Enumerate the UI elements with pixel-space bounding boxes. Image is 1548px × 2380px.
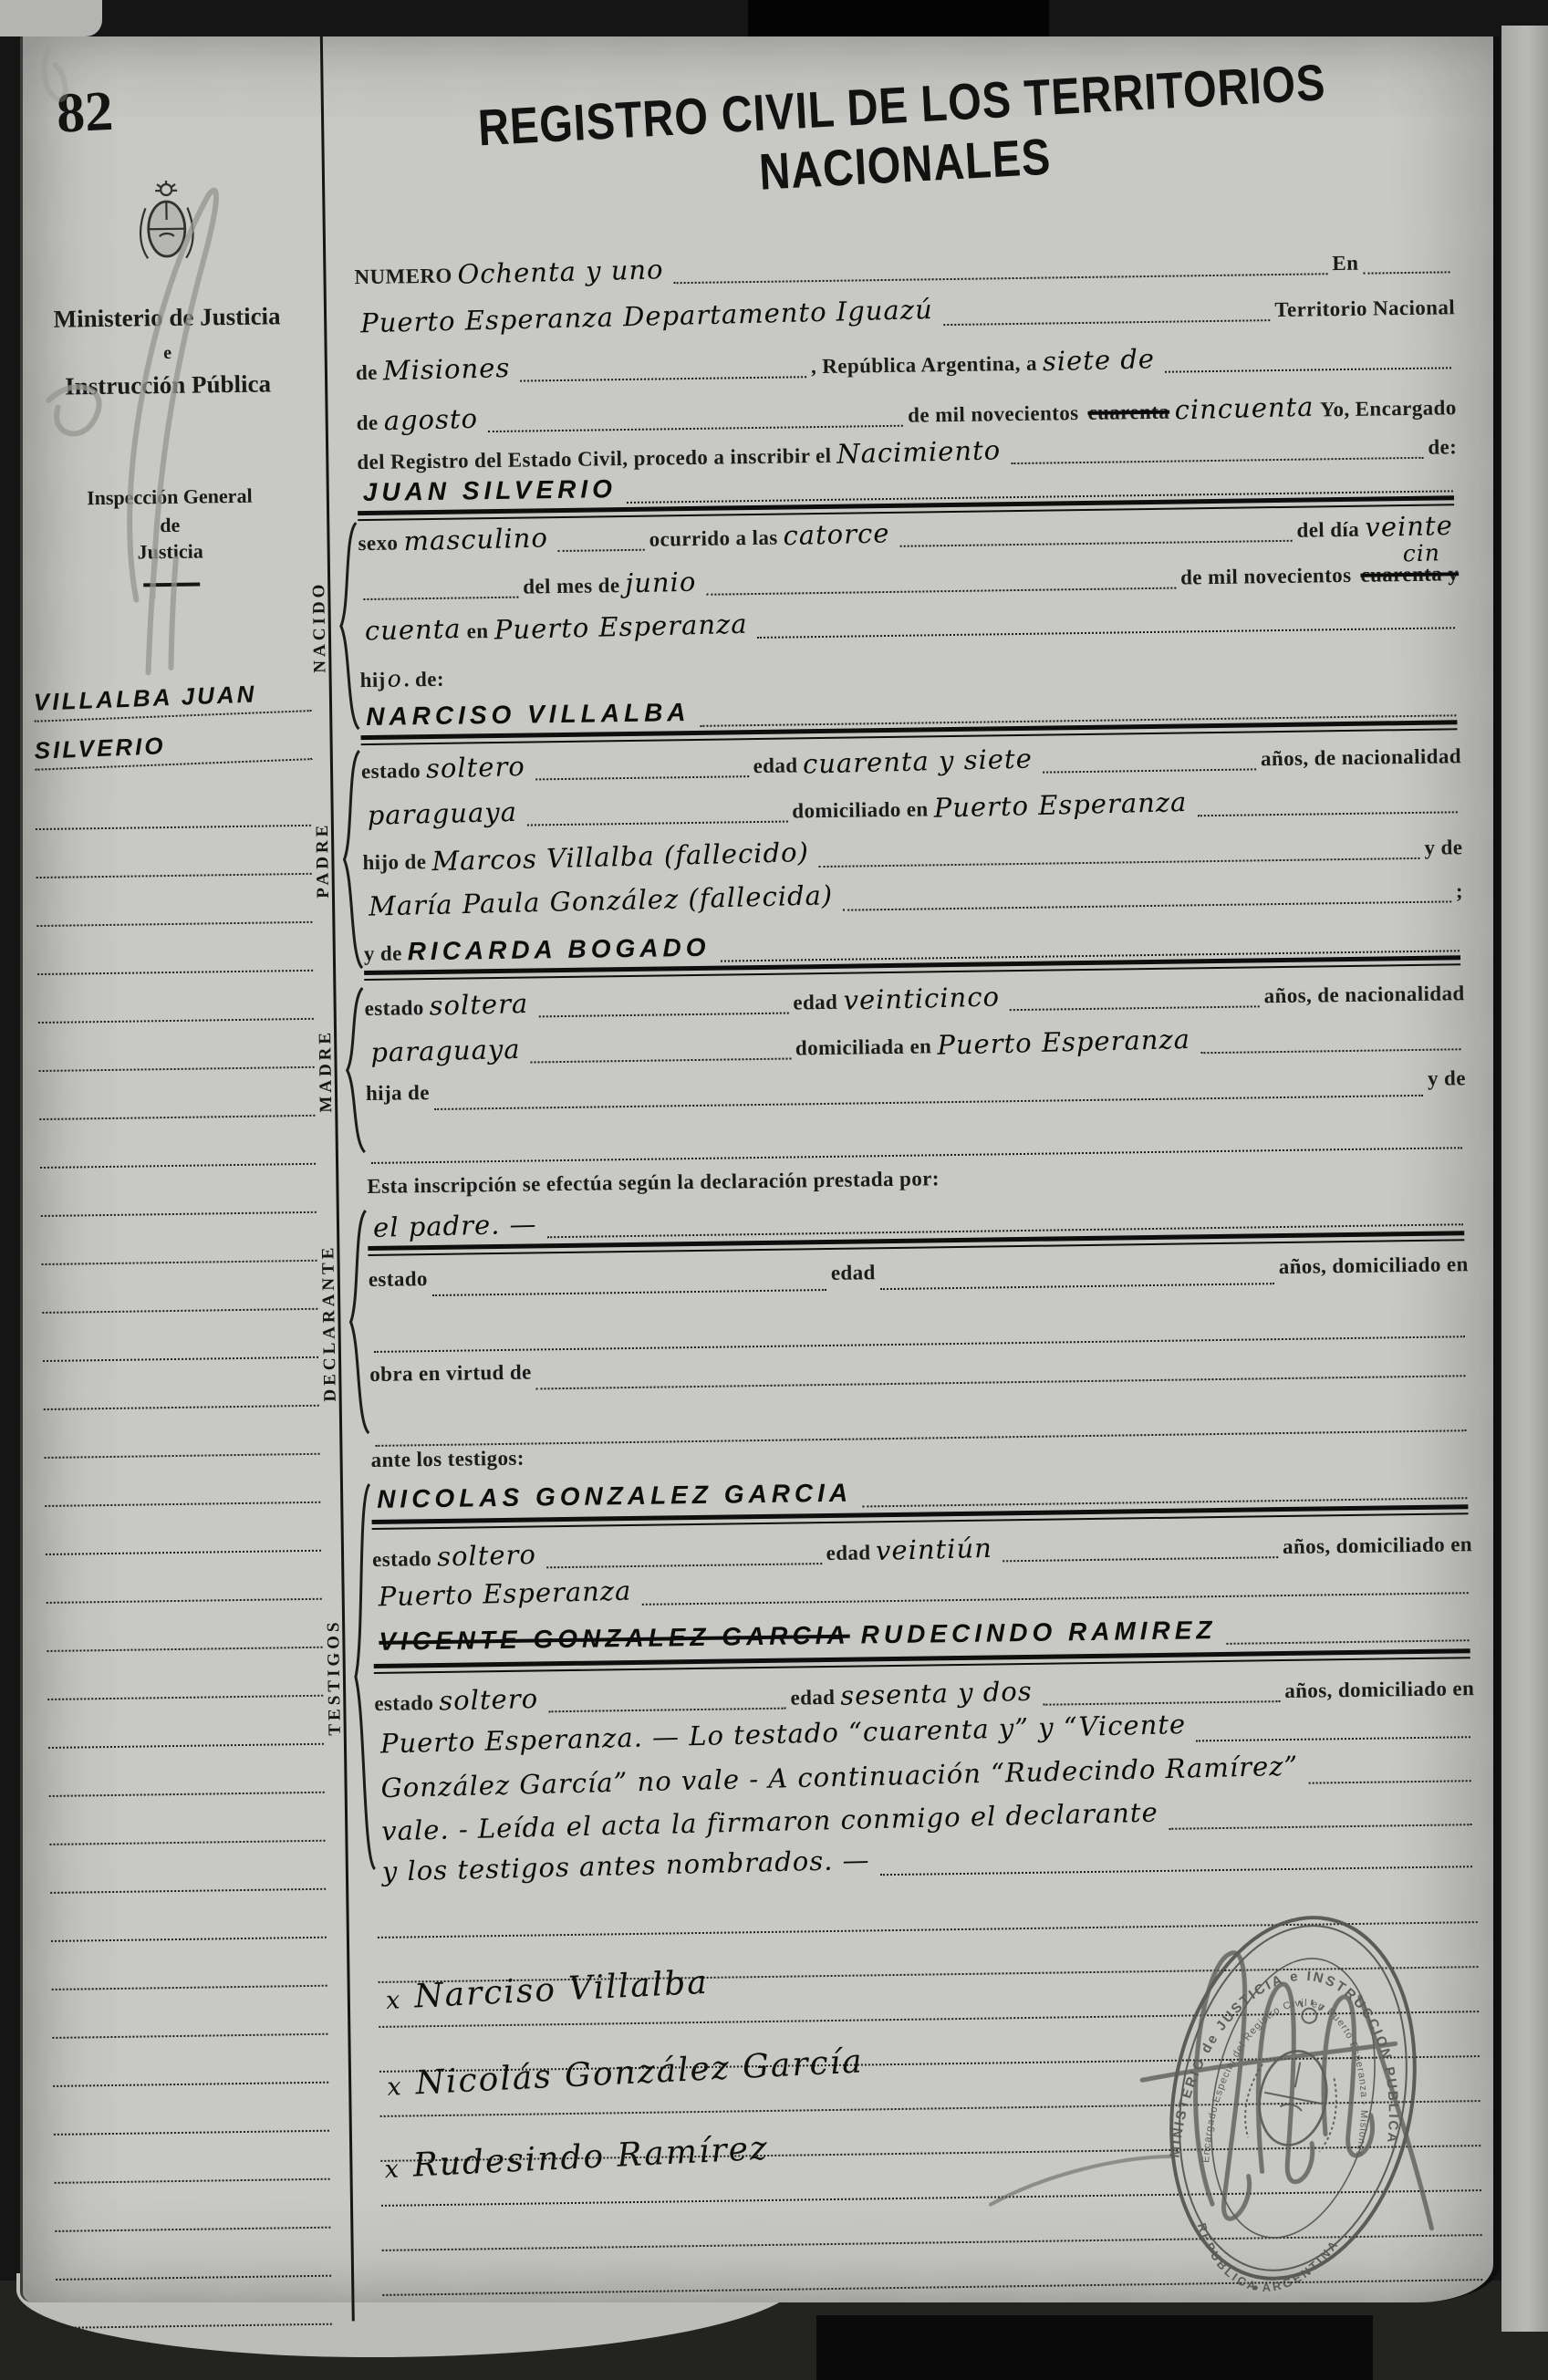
anio-tachado: cuarenta [1087,400,1169,425]
registry-page: 82 Ministerio de Justicia e Instrucción … [20,36,1500,2302]
hijo-de-label: hijo de [362,850,426,875]
estado-value: soltero [426,751,526,785]
numero-label: NUMERO [354,265,452,289]
dotted-rule [943,319,1271,326]
madre-abuelos-row: hija de y de [366,1066,1466,1117]
abuela-paterna: María Paula González (fallecida) [369,879,834,921]
nacionalidad-label: años, de nacionalidad [1261,744,1461,771]
dotted-rule [900,540,1293,547]
dia-value: veinte [1365,510,1453,543]
edad-value: veinticinco [843,981,1000,1015]
dotted-rule [1196,1736,1470,1741]
section-label-declarante: DECLARANTE [315,1208,345,1436]
dotted-rule [527,821,787,826]
margin-blank-line [39,1068,316,1120]
section-label-madre: MADRE [311,985,341,1155]
nacionalidad-value: paraguaya [370,1034,521,1068]
margin-blank-line [48,1745,325,1797]
margin-blank-line [55,2229,331,2281]
sexo-value: masculino [403,522,548,556]
en-label: En [1332,252,1358,275]
republica-label: , República Argentina, a [811,352,1037,379]
margin-blank-line [47,1697,324,1749]
section-label-testigos: TESTIGOS [318,1481,351,1872]
edad-value: veintiún [876,1533,993,1566]
dotted-rule [642,1592,1469,1606]
edad-label: edad [790,1686,835,1710]
cierre-linea3: vale. - Leída el acta la firmaron conmig… [381,1797,1158,1847]
estado-value: soltera [429,988,528,1022]
margin-blank-line [36,923,313,975]
dotted-rule [1200,1048,1460,1054]
estado-label: estado [369,1267,428,1292]
section-brace-testigos [349,1481,379,1872]
declaracion-intro-label: Esta inscripción se efectúa según la dec… [367,1167,940,1199]
margin-blank-line [35,778,311,830]
testigos-intro-label: ante los testigos: [370,1447,525,1472]
firma-marca-x: x [384,2155,401,2184]
margin-blank-line [55,2180,331,2232]
margin-blank-line [53,2084,329,2136]
de2-label: de: [1428,435,1457,459]
territorio-label: Territorio Nacional [1274,296,1455,322]
mes-value: junio [625,566,697,599]
margin-blank-line [54,2132,330,2184]
padre-abuelo-row: hijo de Marcos Villalba (fallecido) y de [362,829,1462,879]
de-label: de [357,411,379,435]
edad-label: edad [826,1541,870,1565]
anio-label: de mil novecientos [908,401,1079,428]
photographed-registry-page: 82 Ministerio de Justicia e Instrucción … [0,0,1548,2380]
firma-marca-x: x [387,2073,404,2102]
dotted-rule [1043,1700,1280,1706]
margin-blank-line [45,1455,321,1507]
official-oval-stamp: MINISTERIO de JUSTICIA e INSTRUCCION PUB… [1139,1886,1446,2311]
yo-encargado-label: Yo, Encargado [1320,396,1457,421]
margin-blank-line [47,1648,324,1700]
abuelo-paterno: Marcos Villalba (fallecido) [431,837,809,877]
dotted-rule [1169,1824,1471,1830]
territorio-row: de Misiones , República Argentina, a sie… [356,339,1456,390]
cierre-linea2: González García” no vale - A continuació… [380,1751,1298,1804]
padre-estado-row: estado soltero edad cuarenta y siete año… [361,738,1461,788]
margin-blank-line [42,1262,318,1314]
section-label-nacido: NACIDO [305,520,335,732]
dotted-rule [1010,1005,1260,1011]
ministry-name-line3: Instrucción Pública [16,369,319,402]
dotted-rule [535,775,749,780]
anio-label: de mil novecientos [1180,564,1352,590]
margin-blank-line [36,826,312,878]
anio-value: cincuenta [1175,391,1315,426]
dotted-rule [520,376,806,381]
domicilio-value: Puerto Esperanza [378,1575,631,1613]
padre-domicilio-row: paraguaya domiciliado en Puerto Esperanz… [361,784,1461,834]
obra-label: obra en virtud de [369,1361,532,1387]
dotted-rule [531,1058,791,1064]
dotted-rule [1364,271,1450,274]
margin-blank-line [50,1890,327,1942]
y-de-label: y de [1428,1066,1466,1091]
domicilio-value: Puerto Esperanza [933,786,1187,824]
margin-blank-line [45,1503,321,1555]
page-content: 82 Ministerio de Justicia e Instrucción … [12,26,1514,2312]
margin-blank-line [47,1600,323,1652]
de-label: de [356,361,378,385]
edad-label: edad [753,753,797,778]
estado-value: soltero [439,1683,539,1717]
cierre-linea3-row: vale. - Leída el acta la firmaron conmig… [376,1796,1476,1846]
hijo-fill-letter: o [387,665,402,691]
estado-label: estado [374,1691,433,1716]
margin-dash-rule [143,583,200,587]
margin-blank-line [51,1938,327,1990]
cierre-linea4: y los testigos antes nombrados. — [382,1845,870,1887]
ministry-name-line1: Ministerio de Justicia [16,302,318,335]
mes-value: agosto [383,403,478,437]
domicilio-label: domiciliada en [795,1034,932,1060]
margin-blank-line [42,1310,318,1362]
declarante-estado-row: estado edad años, domiciliado en [369,1252,1469,1303]
section-label-padre: PADRE [308,748,338,971]
dotted-rule [880,1866,1472,1876]
dotted-rule [488,425,903,432]
madre-estado-row: estado soltera edad veinticinco años, de… [364,975,1464,1025]
padre-abuela-row: María Paula González (fallecida) ; [363,873,1463,923]
photo-top-left-highlight [0,0,102,36]
hora-value: catorce [783,517,890,551]
hora-label: ocurrido a las [649,526,777,552]
inspeccion-line3: Justicia [19,538,322,566]
margin-blank-line [40,1165,317,1217]
margin-blank-line [43,1358,319,1410]
dotted-rule [1043,768,1256,773]
acto-value: Nacimiento [836,434,1002,469]
estado-label: estado [361,759,421,784]
edad-label: edad [831,1261,876,1285]
cierre-linea2-row: González García” no vale - A continuació… [375,1752,1475,1803]
margin-blank-line [44,1407,320,1459]
procedo-label: del Registro del Estado Civil, procedo a… [357,444,831,474]
dotted-rule [1227,1639,1470,1645]
ministry-name-line2: e [16,341,319,367]
margin-blank-line [37,972,314,1024]
lugar-nacimiento: Puerto Esperanza [493,608,747,646]
declarante-value: el padre. — [373,1208,537,1242]
estado-label: estado [365,996,424,1021]
estado-value: soltero [437,1539,537,1573]
territorio-value: Misiones [382,352,510,386]
testigo2-nombre: RUDECINDO RAMIREZ [860,1616,1216,1649]
sexo-label: sexo [358,531,398,556]
lugar-value: Puerto Esperanza Departamento Iguazú [360,294,933,338]
dotted-rule [757,627,1455,639]
edad-value: cuarenta y siete [803,743,1034,779]
nacionalidad-value: paraguaya [367,796,517,831]
dotted-rule [538,1013,788,1018]
dotted-rule [1003,1556,1278,1562]
dotted-rule [434,1095,1423,1110]
testigo1-nombre: NICOLAS GONZALEZ GARCIA [377,1479,852,1514]
dotted-rule [536,1375,1466,1389]
nacido-mes-row: del mes de junio de mil novecientos cuar… [358,556,1459,606]
inspeccion-line2: de [18,512,321,540]
svg-text:REPUBLICA ARGENTINA: REPUBLICA ARGENTINA [1184,2210,1343,2308]
margin-blank-line [46,1552,322,1604]
margin-blank-line [52,1987,328,2039]
hijo-de-label: . de: [404,668,445,692]
margin-ruled-lines [35,778,332,2329]
stamp-ring-bottom-text: REPUBLICA ARGENTINA [1184,2210,1343,2308]
madre-nombre: RICARDA BOGADO [407,933,710,967]
margin-blank-line [49,1842,326,1894]
domicilio-label: años, domiciliado en [1279,1252,1469,1279]
lugar-row: Puerto Esperanza Departamento Iguazú Ter… [355,289,1455,339]
estado-label: estado [372,1547,431,1572]
domicilio-label: años, domiciliado en [1283,1533,1472,1559]
margin-blank-line [49,1793,326,1845]
dotted-rule [558,549,645,552]
inspeccion-line1: Inspección General [18,483,321,512]
dotted-rule [674,273,1328,284]
margin-note-givenname: SILVERIO [34,726,312,771]
margin-blank-line [38,1020,315,1072]
y-de-label: y de [1424,836,1462,860]
hija-de-label: hija de [366,1081,430,1106]
numero-value: Ochenta y uno [457,254,664,290]
numero-row: NUMERO Ochenta y uno En [354,244,1454,294]
padre-nombre: NARCISO VILLALBA [366,698,691,732]
hijo-label: hij [359,669,385,692]
dia-label: del día [1296,518,1359,543]
dotted-rule [548,1708,785,1713]
domicilio-label: domiciliado en [792,797,929,823]
margin-blank-line [39,1117,316,1169]
margin-note-surname: VILLALBA JUAN [33,678,311,722]
dotted-rule [1308,1780,1470,1783]
domicilio-value: Puerto Esperanza [937,1024,1190,1061]
en-label: en [466,619,488,643]
nacionalidad-label: años, de nacionalidad [1263,982,1464,1008]
fin-label: ; [1456,879,1463,903]
anio-tachado: cuarenta y [1360,562,1459,587]
margin-blank-line [56,2277,332,2329]
margin-blank-line [52,2035,328,2087]
nacido-lugar-row: cuenta en Puerto Esperanza [359,599,1460,650]
mes-label: del mes de [523,574,620,598]
dotted-rule [1197,811,1457,816]
dotted-rule [1165,367,1451,372]
fecha-dia-value: siete de [1042,343,1155,377]
form-title: REGISTRO CIVIL DE LOS TERRITORIOS NACION… [375,47,1433,223]
margin-blank-line [41,1213,317,1265]
margin-blank-line [36,875,313,927]
dotted-rule [880,1283,1274,1290]
photo-bottom-shadow [816,2315,1373,2380]
madre-domicilio-row: paraguaya domiciliada en Puerto Esperanz… [365,1021,1465,1071]
dotted-rule [819,857,1420,868]
page-number: 82 [55,79,114,147]
firma-marca-x: x [385,1986,402,2015]
testigo2-nombre-tachado: VICENTE GONZALEZ GARCIA [379,1621,850,1657]
dotted-rule [843,900,1451,910]
dotted-rule [546,1563,822,1568]
domicilio-label: años, domiciliado en [1284,1677,1474,1703]
nombre-inscripto: JUAN SILVERIO [363,474,618,507]
y-de-label: y de [364,941,402,966]
dotted-rule [363,597,518,600]
edad-label: edad [793,991,837,1015]
dotted-rule [432,1289,826,1296]
anio-carry-value: cuenta [365,613,462,647]
coat-of-arms-stamp [135,180,198,268]
edad-value: sesenta y dos [840,1676,1033,1711]
dotted-rule [707,587,1177,596]
